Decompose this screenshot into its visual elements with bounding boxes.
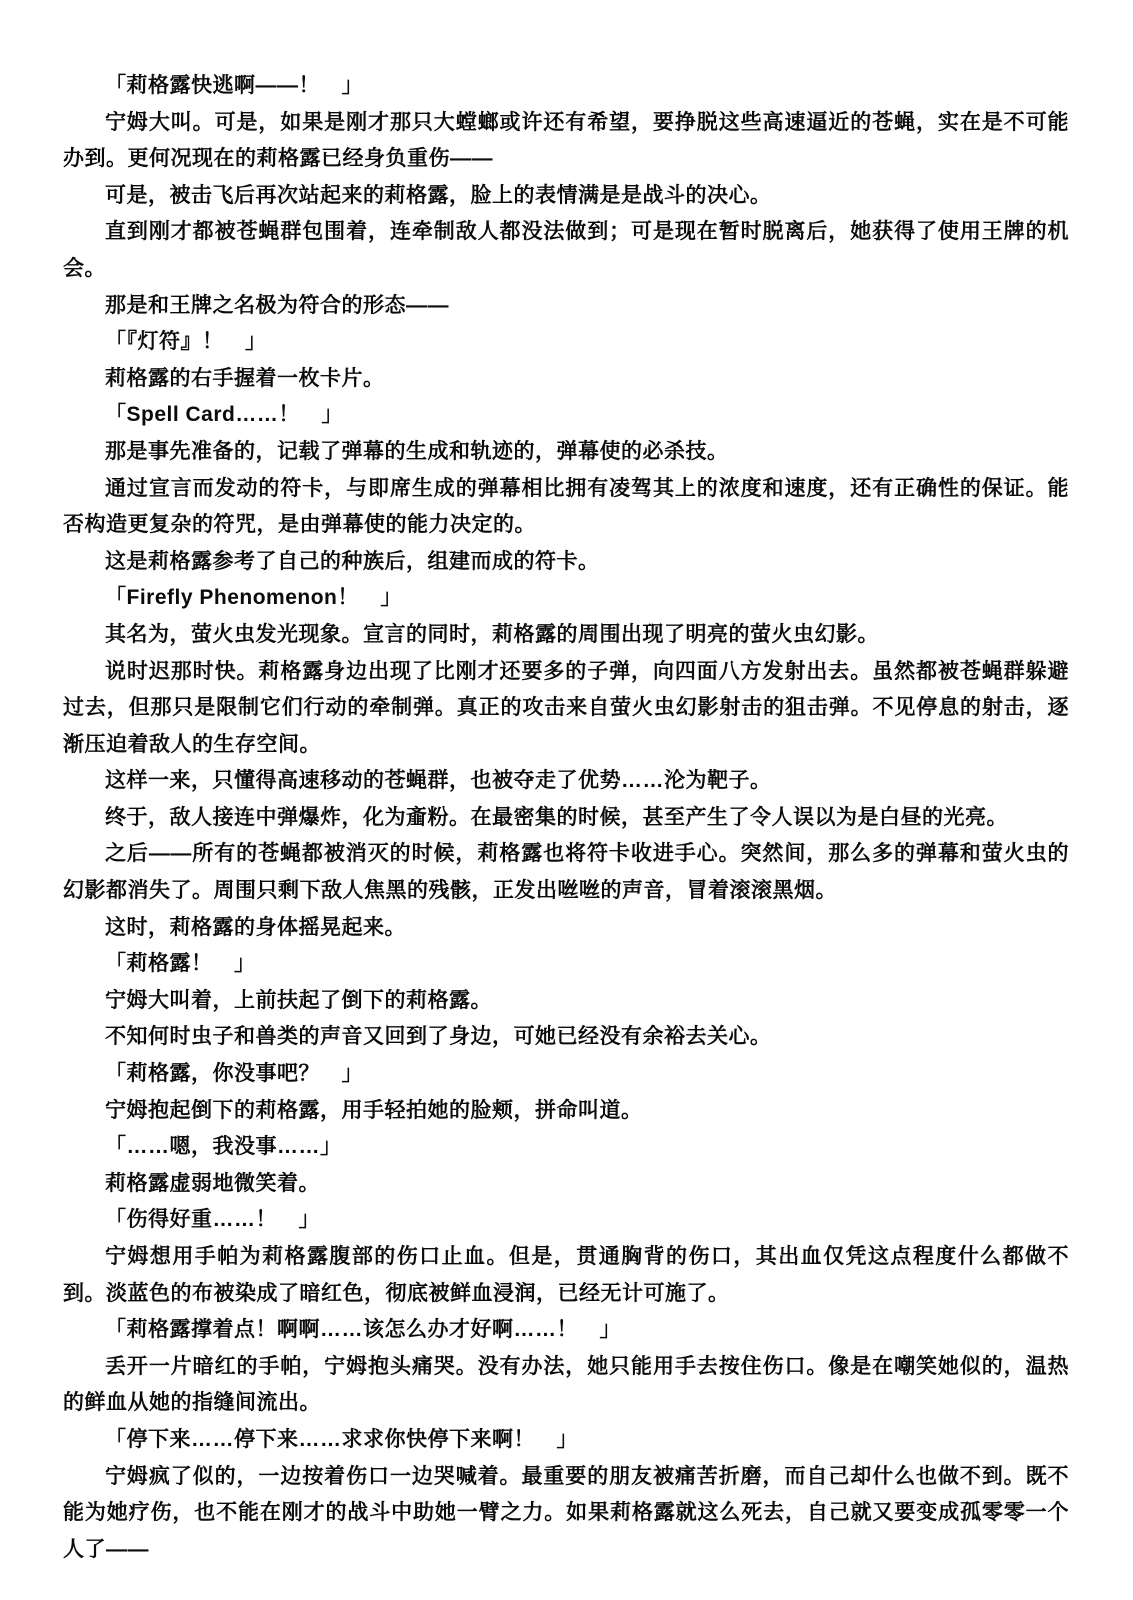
text-paragraph: 可是，被击飞后再次站起来的莉格露，脸上的表情满是是战斗的决心。: [63, 178, 1069, 215]
dialogue-paragraph: 「莉格露，你没事吧？ 」: [63, 1056, 1069, 1093]
text-paragraph: 其名为，萤火虫发光现象。宣言的同时，莉格露的周围出现了明亮的萤火虫幻影。: [63, 617, 1069, 654]
text-paragraph: 不知何时虫子和兽类的声音又回到了身边，可她已经没有余裕去关心。: [63, 1019, 1069, 1056]
text-paragraph: 直到刚才都被苍蝇群包围着，连牵制敌人都没法做到；可是现在暂时脱离后，她获得了使用…: [63, 214, 1069, 287]
dialogue-paragraph: 「『灯符』！ 」: [63, 324, 1069, 361]
text-paragraph: 通过宣言而发动的符卡，与即席生成的弹幕相比拥有凌驾其上的浓度和速度，还有正确性的…: [63, 471, 1069, 544]
novel-page: 「莉格露快逃啊——！ 」 宁姆大叫。可是，如果是刚才那只大螳螂或许还有希望，要挣…: [0, 0, 1133, 1600]
text-paragraph: 宁姆疯了似的，一边按着伤口一边哭喊着。最重要的朋友被痛苦折磨，而自己却什么也做不…: [63, 1459, 1069, 1569]
novel-text-block: 「莉格露快逃啊——！ 」 宁姆大叫。可是，如果是刚才那只大螳螂或许还有希望，要挣…: [63, 68, 1069, 1568]
dialogue-paragraph: 「莉格露！ 」: [63, 946, 1069, 983]
text-paragraph: 宁姆大叫着，上前扶起了倒下的莉格露。: [63, 983, 1069, 1020]
text-paragraph: 莉格露的右手握着一枚卡片。: [63, 361, 1069, 398]
text-paragraph: 宁姆大叫。可是，如果是刚才那只大螳螂或许还有希望，要挣脱这些高速逼近的苍蝇，实在…: [63, 105, 1069, 178]
text-paragraph: 宁姆抱起倒下的莉格露，用手轻拍她的脸颊，拼命叫道。: [63, 1093, 1069, 1130]
dialogue-paragraph: 「伤得好重……！ 」: [63, 1202, 1069, 1239]
text-paragraph: 说时迟那时快。莉格露身边出现了比刚才还要多的子弹，向四面八方发射出去。虽然都被苍…: [63, 654, 1069, 764]
text-paragraph: 那是事先准备的，记载了弹幕的生成和轨迹的，弹幕使的必杀技。: [63, 434, 1069, 471]
dialogue-paragraph: 「停下来……停下来……求求你快停下来啊！ 」: [63, 1422, 1069, 1459]
text-paragraph: 莉格露虚弱地微笑着。: [63, 1166, 1069, 1203]
text-paragraph: 这是莉格露参考了自己的种族后，组建而成的符卡。: [63, 544, 1069, 581]
text-paragraph: 终于，敌人接连中弹爆炸，化为齑粉。在最密集的时候，甚至产生了令人误以为是白昼的光…: [63, 800, 1069, 837]
text-paragraph: 这时，莉格露的身体摇晃起来。: [63, 910, 1069, 947]
dialogue-paragraph: 「莉格露撑着点！啊啊……该怎么办才好啊……！ 」: [63, 1312, 1069, 1349]
text-paragraph: 宁姆想用手帕为莉格露腹部的伤口止血。但是，贯通胸背的伤口，其出血仅凭这点程度什么…: [63, 1239, 1069, 1312]
dialogue-paragraph: 「莉格露快逃啊——！ 」: [63, 68, 1069, 105]
dialogue-paragraph: 「……嗯，我没事……」: [63, 1129, 1069, 1166]
text-paragraph: 丢开一片暗红的手帕，宁姆抱头痛哭。没有办法，她只能用手去按住伤口。像是在嘲笑她似…: [63, 1349, 1069, 1422]
dialogue-paragraph: 「Firefly Phenomenon！ 」: [63, 580, 1069, 617]
text-paragraph: 那是和王牌之名极为符合的形态——: [63, 288, 1069, 325]
text-paragraph: 之后——所有的苍蝇都被消灭的时候，莉格露也将符卡收进手心。突然间，那么多的弹幕和…: [63, 836, 1069, 909]
dialogue-paragraph: 「Spell Card……！ 」: [63, 397, 1069, 434]
text-paragraph: 这样一来，只懂得高速移动的苍蝇群，也被夺走了优势……沦为靶子。: [63, 763, 1069, 800]
